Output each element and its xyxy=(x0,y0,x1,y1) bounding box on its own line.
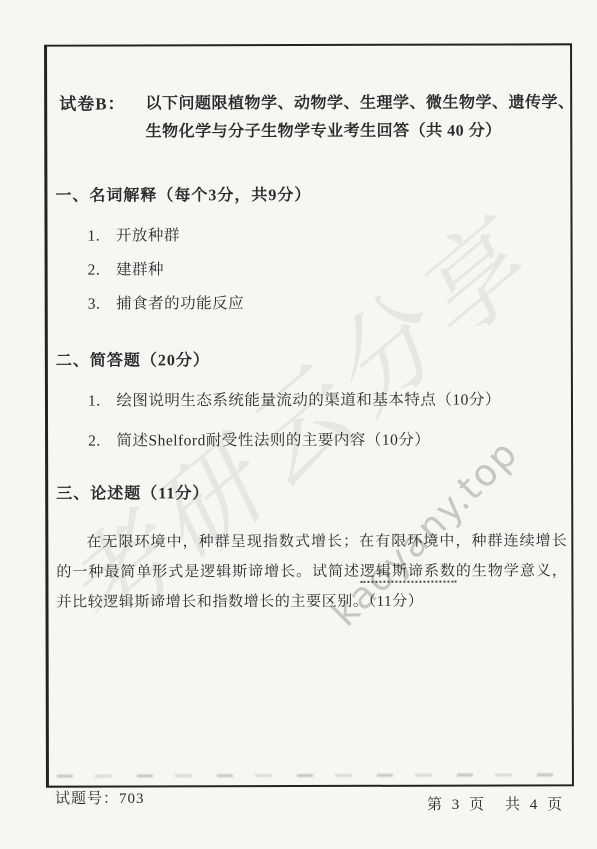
item-text: 简述Shelford耐受性法则的主要内容（10分） xyxy=(116,432,430,450)
exam-header: 试卷B： 以下问题限植物学、动物学、生理学、微生物学、遗传学、细胞生物学 生物化… xyxy=(59,89,570,146)
section-3-title: 三、论述题（11分） xyxy=(56,479,571,503)
item-number: 2. xyxy=(88,433,112,451)
item-number: 2. xyxy=(88,262,112,280)
header-line-2: 生物化学与分子生物学专业考生回答（共 40 分） xyxy=(146,117,571,146)
header-scope-lines: 以下问题限植物学、动物学、生理学、微生物学、遗传学、细胞生物学 生物化学与分子生… xyxy=(145,89,570,146)
page-indicator: 第 3 页 共 4 页 xyxy=(427,793,565,814)
section-1-title: 一、名词解释（每个3分，共9分） xyxy=(55,181,570,205)
section-2-list: 1. 绘图说明生态系统能量流动的渠道和基本特点（10分） 2. 简述Shelfo… xyxy=(88,387,571,450)
list-item: 3. 捕食者的功能反应 xyxy=(88,290,571,313)
item-number: 1. xyxy=(88,393,112,411)
list-item: 2. 简述Shelford耐受性法则的主要内容（10分） xyxy=(88,427,571,450)
section-2-title: 二、简答题（20分） xyxy=(56,346,571,370)
item-number: 1. xyxy=(88,228,112,246)
scanned-exam-page: 考研云分享 kaoyany.top 试卷B： 以下问题限植物学、动物学、生理学、… xyxy=(0,0,597,849)
list-item: 1. 开放种群 xyxy=(87,222,570,245)
item-text: 开放种群 xyxy=(116,227,180,244)
exam-number: 试题号：703 xyxy=(55,787,145,808)
item-text: 绘图说明生态系统能量流动的渠道和基本特点（10分） xyxy=(116,391,501,409)
item-text: 建群种 xyxy=(116,261,164,278)
item-text: 捕食者的功能反应 xyxy=(116,295,244,312)
list-item: 1. 绘图说明生态系统能量流动的渠道和基本特点（10分） xyxy=(88,387,571,410)
header-line-1: 以下问题限植物学、动物学、生理学、微生物学、遗传学、细胞生物学 xyxy=(145,89,570,118)
essay-question-paragraph: 在无限环境中，种群呈现指数式增长；在有限环境中，种群连续增长的一种最简单形式是逻… xyxy=(56,526,567,617)
paper-label: 试卷B： xyxy=(59,90,125,118)
item-number: 3. xyxy=(88,296,112,314)
section-1-list: 1. 开放种群 2. 建群种 3. 捕食者的功能反应 xyxy=(87,222,570,313)
essay-emphasized-phrase: 逻辑斯谛系数 xyxy=(360,564,456,583)
list-item: 2. 建群种 xyxy=(88,256,571,279)
scan-smudge-line xyxy=(57,773,562,777)
page-border-frame: 试卷B： 以下问题限植物学、动物学、生理学、微生物学、遗传学、细胞生物学 生物化… xyxy=(44,43,574,787)
